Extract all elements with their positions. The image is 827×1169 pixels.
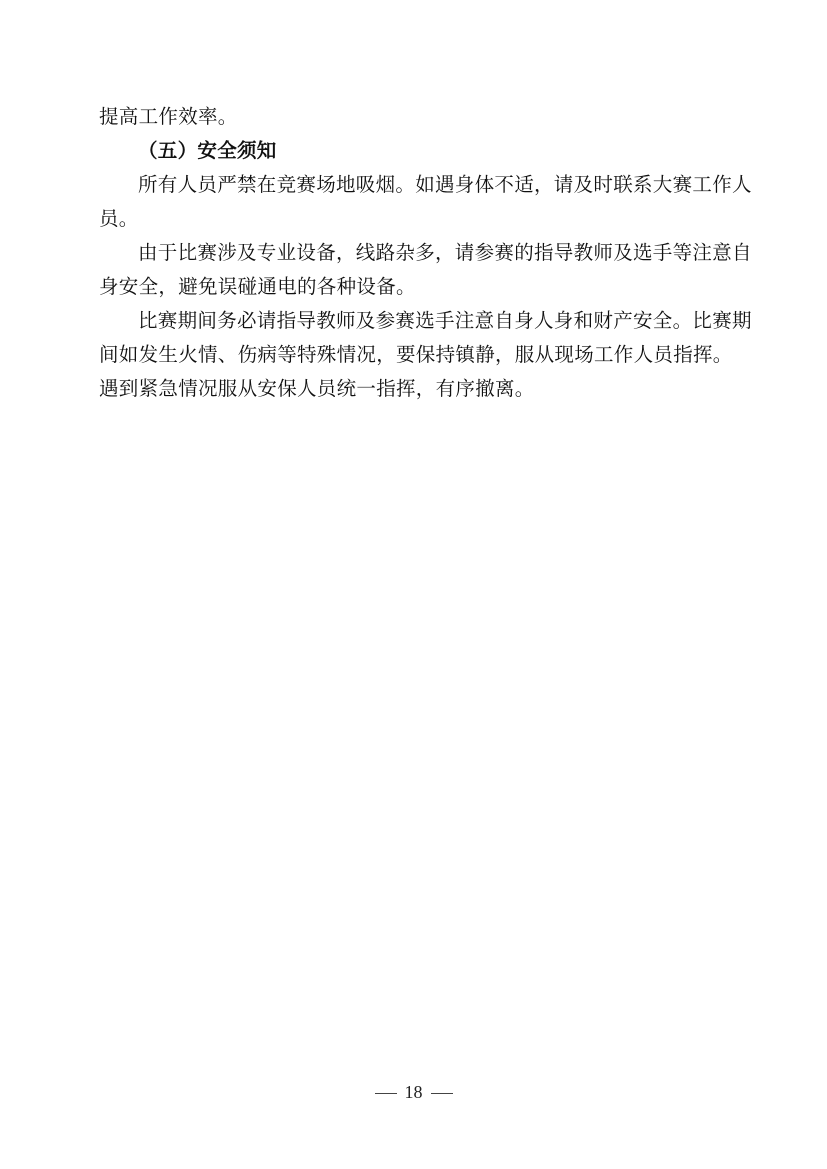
dash-right (431, 1093, 453, 1094)
document-body: 提高工作效率。 （五）安全须知 所有人员严禁在竞赛场地吸烟。如遇身体不适，请及时… (99, 100, 729, 406)
paragraph-line: 所有人员严禁在竞赛场地吸烟。如遇身体不适，请及时联系大赛工作人 (99, 168, 729, 202)
paragraph-line: 员。 (99, 202, 729, 236)
paragraph-line: 提高工作效率。 (99, 100, 729, 134)
paragraph-line: 由于比赛涉及专业设备，线路杂多，请参赛的指导教师及选手等注意自 (99, 236, 729, 270)
page-number: 18 (405, 1082, 423, 1102)
paragraph-line: 遇到紧急情况服从安保人员统一指挥，有序撤离。 (99, 372, 729, 406)
dash-left (375, 1093, 397, 1094)
paragraph-line: 身安全，避免误碰通电的各种设备。 (99, 270, 729, 304)
paragraph-line: 间如发生火情、伤病等特殊情况，要保持镇静，服从现场工作人员指挥。 (99, 338, 729, 372)
section-heading: （五）安全须知 (99, 134, 729, 168)
paragraph-line: 比赛期间务必请指导教师及参赛选手注意自身人身和财产安全。比赛期 (99, 304, 729, 338)
page-footer: 18 (0, 1082, 827, 1103)
